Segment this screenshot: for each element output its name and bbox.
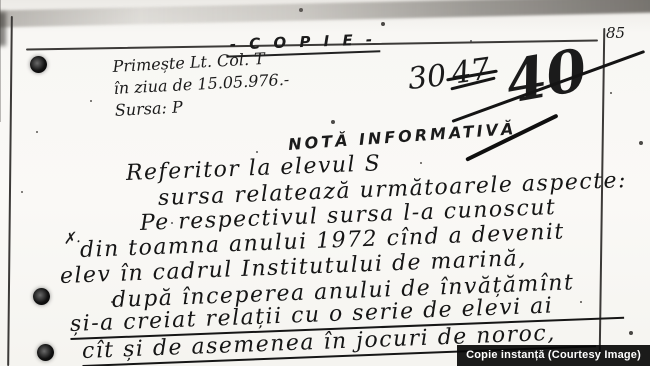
punch-hole — [37, 344, 54, 361]
scanned-document-page: - C O P I E - Primește Lt. Col. T în ziu… — [0, 0, 650, 366]
scan-smudge — [0, 12, 6, 46]
page-border-left — [7, 16, 13, 366]
photocopy-specks — [0, 0, 2, 2]
punch-hole — [30, 56, 47, 73]
torn-paper-edge — [0, 0, 650, 28]
watermark-credit: Copie instanță (Courtesy Image) — [457, 345, 650, 366]
punch-hole — [33, 288, 50, 305]
page-corner-number: 85 — [606, 24, 625, 42]
receipt-header: Primește Lt. Col. T în ziua de 15.05.976… — [112, 47, 291, 122]
registry-number-30: 30 — [406, 58, 448, 97]
